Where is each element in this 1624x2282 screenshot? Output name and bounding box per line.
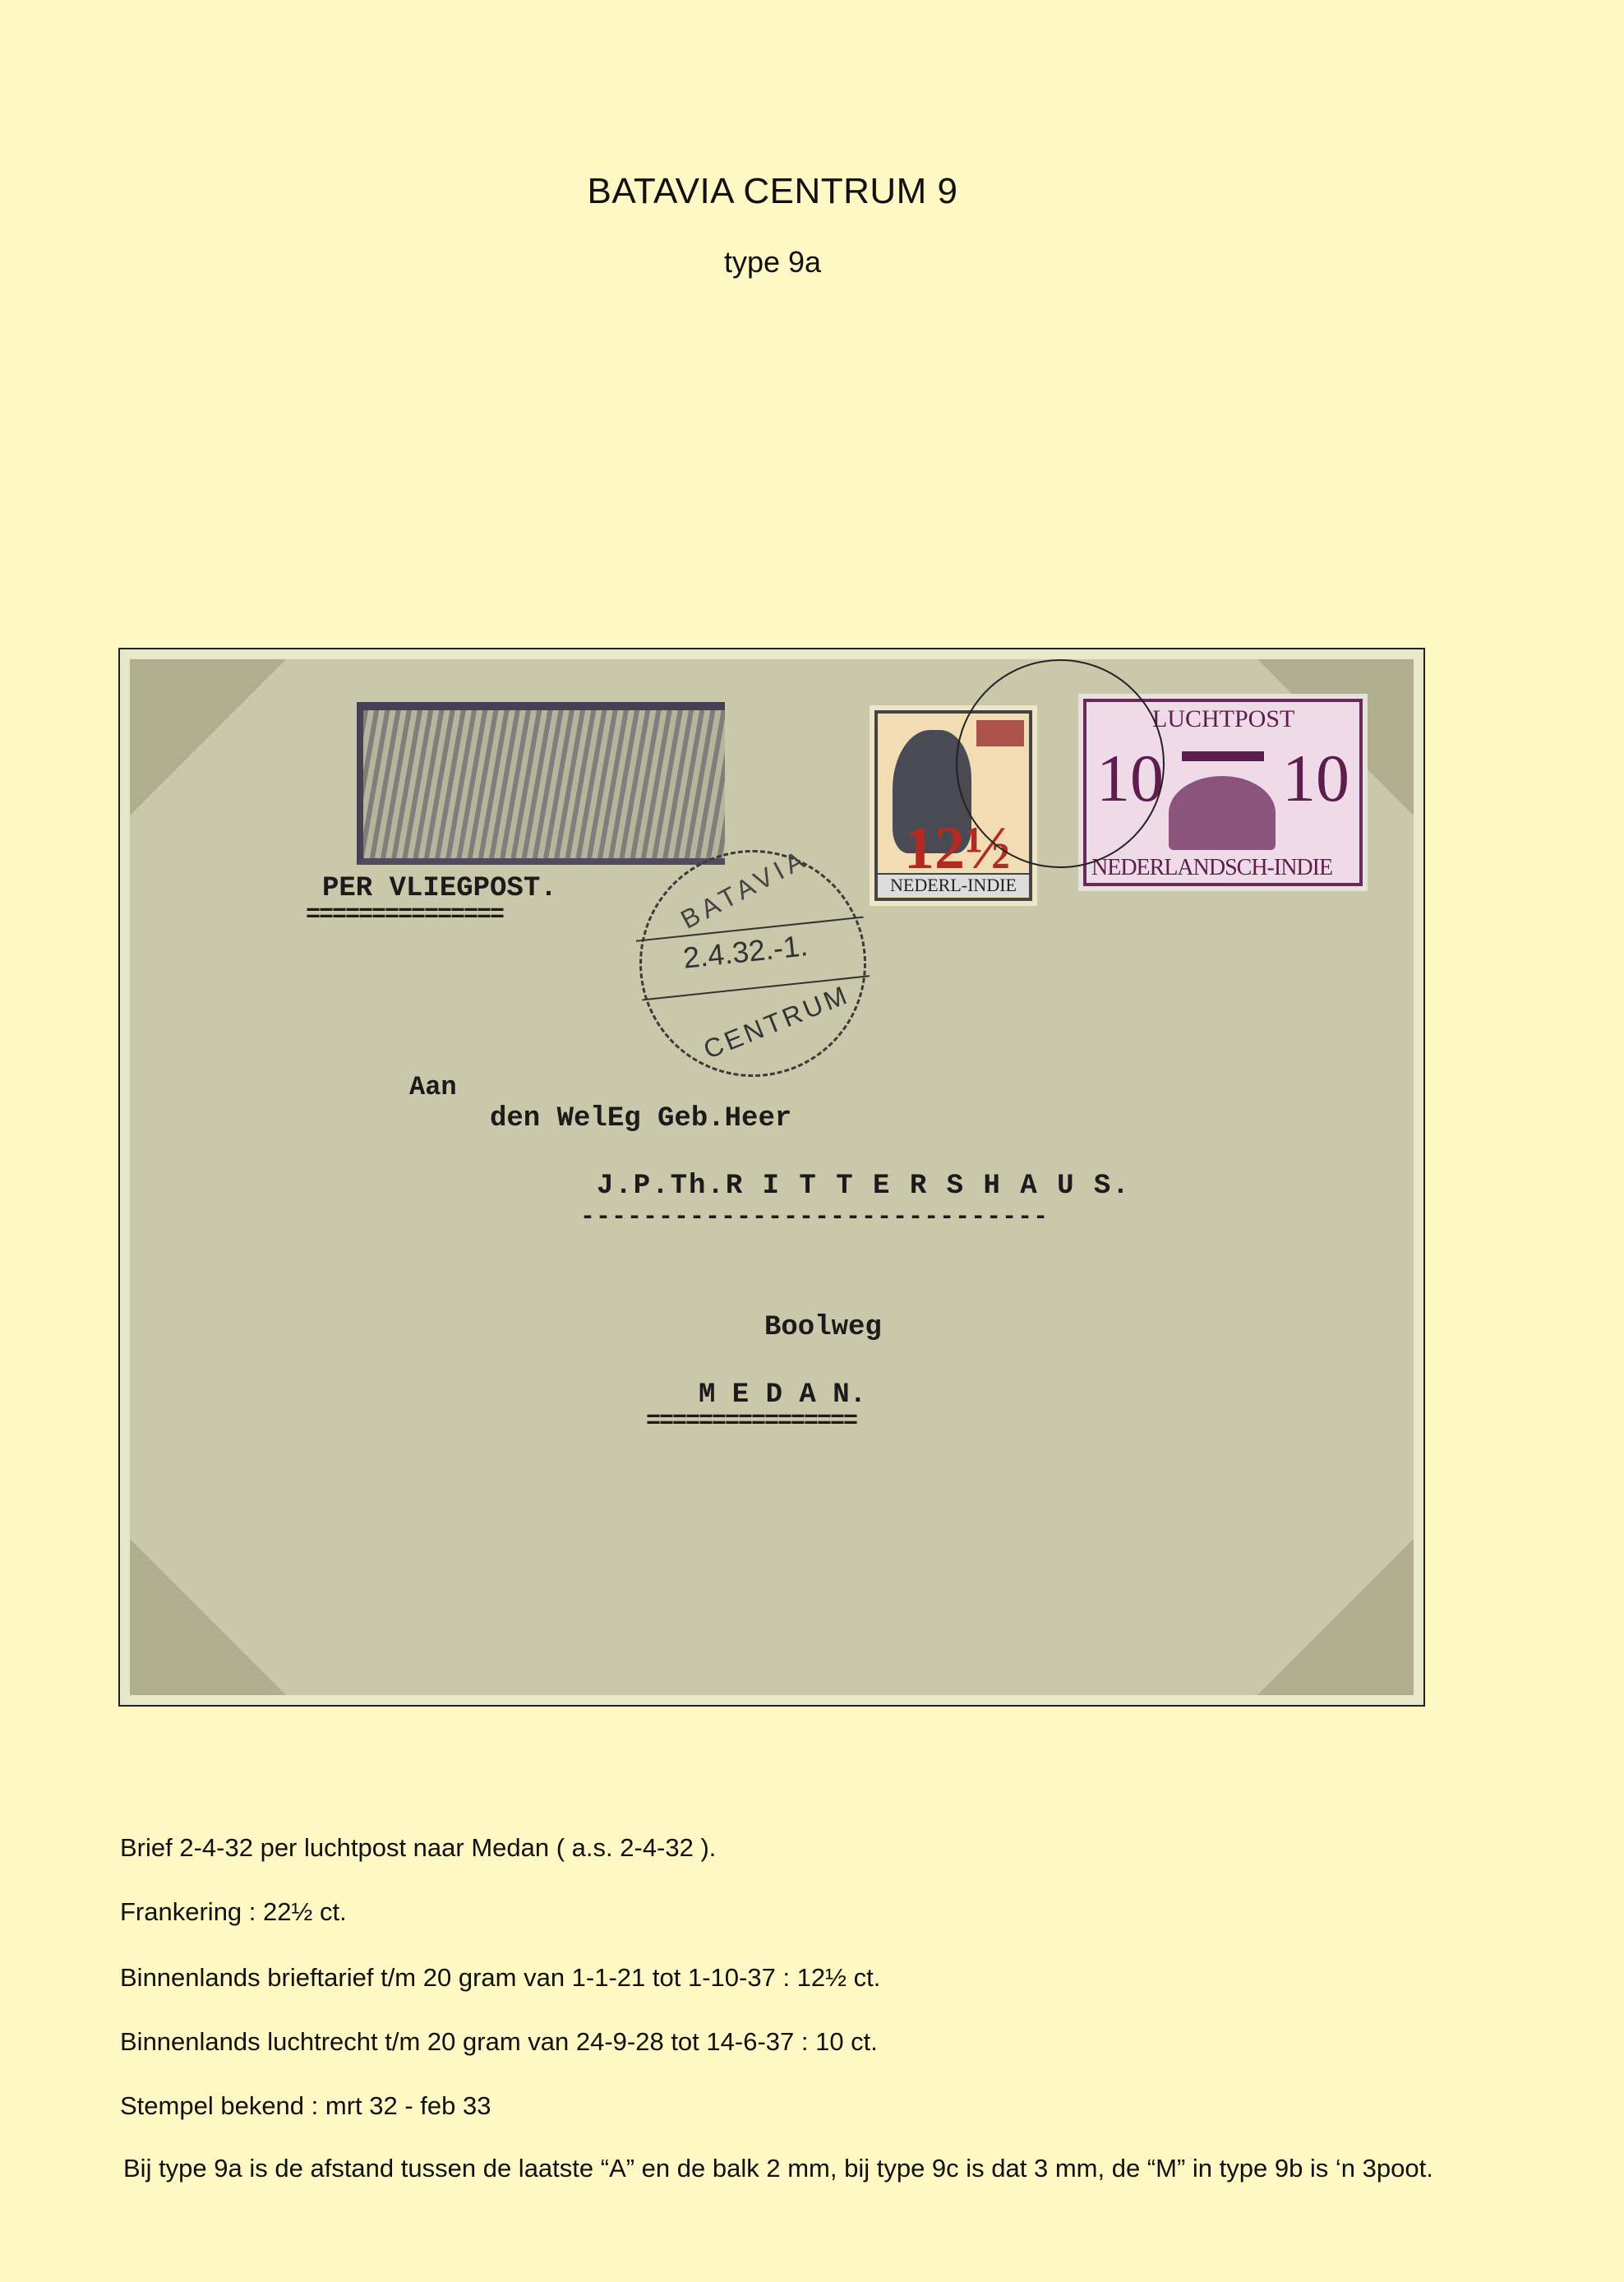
note-franking: Frankering : 22½ ct. [120,1897,347,1927]
note-letter-rate: Binnenlands brieftarief t/m 20 gram van … [120,1963,880,1993]
address-name-underline: ------------------------------ [580,1203,1049,1231]
photo-corner-top-left [130,659,286,815]
stamp-country: NEDERLANDSCH-INDIE [1091,855,1332,881]
airplane-icon [1182,751,1264,761]
address-city-underline: ================ [646,1407,856,1435]
address-street: Boolweg [764,1312,882,1343]
page-title: BATAVIA CENTRUM 9 [0,171,1545,212]
address-name: J.P.Th.R I T T E R S H A U S. [597,1171,1131,1202]
airmail-endorsement: PER VLIEGPOST. [322,873,557,904]
photo-corner-bottom-left [130,1539,286,1695]
note-type-difference: Bij type 9a is de afstand tussen de laat… [123,2154,1433,2183]
note-airmail-fee: Binnenlands luchtrecht t/m 20 gram van 2… [120,2027,878,2057]
stamp-heading: LUCHTPOST [1152,705,1294,733]
note-letter: Brief 2-4-32 per luchtpost naar Medan ( … [120,1833,716,1863]
stamp-country: NEDERL-INDIE [878,873,1029,896]
page-subtitle: type 9a [0,245,1545,279]
note-postmark-known: Stempel bekend : mrt 32 - feb 33 [120,2091,491,2121]
postmark: BATAVIA 2.4.32.-1. CENTRUM [639,850,866,1077]
temple-icon [1169,776,1276,850]
stamp-value-right: 10 [1282,740,1349,817]
address-salutation: Aan [409,1072,457,1102]
envelope: PER VLIEGPOST. =============== BATAVIA 2… [130,659,1414,1695]
cover-mount: PER VLIEGPOST. =============== BATAVIA 2… [118,648,1425,1707]
photo-corner-bottom-right [1257,1539,1414,1695]
postmark-on-stamps [956,659,1165,868]
address-city: M E D A N. [699,1379,866,1411]
endorsement-underline: =============== [306,901,503,929]
address-honorific: den WelEg Geb.Heer [490,1103,791,1134]
airmail-cachet [357,702,725,865]
